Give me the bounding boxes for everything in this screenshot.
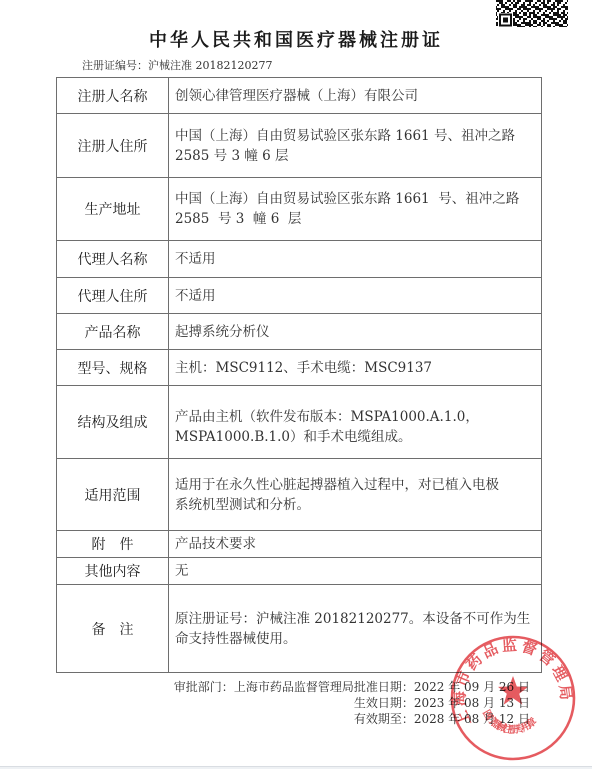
row-value: 起搏系统分析仪 (169, 314, 542, 350)
table-row-structure: 结构及组成 产品由主机（软件发布版本：MSPA1000.A.1.0， MSPA1… (57, 386, 542, 459)
row-value: 产品由主机（软件发布版本：MSPA1000.A.1.0， MSPA1000.B.… (169, 386, 542, 459)
row-label: 备 注 (57, 585, 169, 673)
approval-date-label: 批准日期： (354, 680, 414, 694)
value-line: 起搏系统分析仪 (175, 322, 541, 342)
row-label: 其他内容 (57, 558, 169, 585)
value-line: 系统机型测试和分析。 (175, 495, 541, 515)
value-line: 主机：MSC9112、手术电缆：MSC9137 (175, 358, 541, 378)
star-icon (498, 676, 528, 705)
table-row-agent-address: 代理人住所 不适用 (57, 278, 542, 314)
certificate-number: 沪械注准 20182120277 (148, 59, 272, 72)
table-row-product-name: 产品名称 起搏系统分析仪 (57, 314, 542, 350)
row-value: 不适用 (169, 241, 542, 278)
value-line: 中国（上海）自由贸易试验区张东路 1661 号、祖冲之路 (175, 189, 541, 209)
value-line: 产品由主机（软件发布版本：MSPA1000.A.1.0， (175, 407, 541, 427)
document-title: 中华人民共和国医疗器械注册证 (0, 30, 592, 52)
certificate-number-label: 注册证编号： (82, 59, 148, 72)
row-value: 无 (169, 558, 542, 585)
certificate-number-line: 注册证编号：沪械注准 20182120277 (82, 59, 272, 73)
row-label: 代理人住所 (57, 278, 169, 314)
value-line: 中国（上海）自由贸易试验区张东路 1661 号、祖冲之路 (175, 126, 541, 146)
qr-code-icon (495, 0, 569, 28)
registration-table: 注册人名称 创领心律管理医疗器械（上海）有限公司 注册人住所 中国（上海）自由贸… (56, 77, 542, 673)
row-label: 型号、规格 (57, 350, 169, 386)
table-row-attachment: 附 件 产品技术要求 (57, 531, 542, 558)
row-label: 结构及组成 (57, 386, 169, 459)
row-label: 生产地址 (57, 178, 169, 241)
row-value: 创领心律管理医疗器械（上海）有限公司 (169, 78, 542, 114)
table-row-scope: 适用范围 适用于在永久性心脏起搏器植入过程中，对已植入电极 系统机型测试和分析。 (57, 459, 542, 531)
table-row-model-spec: 型号、规格 主机：MSC9112、手术电缆：MSC9137 (57, 350, 542, 386)
value-line: 创领心律管理医疗器械（上海）有限公司 (175, 86, 541, 106)
row-label: 附 件 (57, 531, 169, 558)
row-label: 产品名称 (57, 314, 169, 350)
seal-inner-text: 医疗器械注册专用章 (480, 707, 539, 736)
row-value: 中国（上海）自由贸易试验区张东路 1661 号、祖冲之路 2585 号 3 幢 … (169, 178, 542, 241)
row-value: 不适用 (169, 278, 542, 314)
value-line: 不适用 (175, 286, 541, 306)
table-row-registrant-name: 注册人名称 创领心律管理医疗器械（上海）有限公司 (57, 78, 542, 114)
approval-dept: 上海市药品监督管理局 (234, 680, 354, 694)
table-row-agent-name: 代理人名称 不适用 (57, 241, 542, 278)
table-row-other-content: 其他内容 无 (57, 558, 542, 585)
row-value: 适用于在永久性心脏起搏器植入过程中，对已植入电极 系统机型测试和分析。 (169, 459, 542, 531)
value-line: MSPA1000.B.1.0）和手术电缆组成。 (175, 427, 541, 447)
table-row-production-address: 生产地址 中国（上海）自由贸易试验区张东路 1661 号、祖冲之路 2585 号… (57, 178, 542, 241)
row-value: 主机：MSC9112、手术电缆：MSC9137 (169, 350, 542, 386)
table-row-registrant-address: 注册人住所 中国（上海）自由贸易试验区张东路 1661 号、祖冲之路 2585 … (57, 114, 542, 178)
value-line: 适用于在永久性心脏起搏器植入过程中，对已植入电极 (175, 475, 541, 495)
row-label: 代理人名称 (57, 241, 169, 278)
approval-dept-label: 审批部门： (174, 680, 234, 694)
value-line: 不适用 (175, 249, 541, 269)
value-line: 2585 号 3 幢 6 层 (175, 146, 541, 166)
row-label: 注册人住所 (57, 114, 169, 178)
row-label: 适用范围 (57, 459, 169, 531)
value-line: 无 (175, 561, 541, 581)
effective-date-label: 生效日期： (354, 696, 414, 710)
row-value: 产品技术要求 (169, 531, 542, 558)
expiry-date-label: 有效期至： (354, 712, 414, 726)
official-seal-stamp: 上海市药品监督管理局 医疗器械注册专用章 (449, 634, 577, 762)
row-label: 注册人名称 (57, 78, 169, 114)
value-line: 2585 号 3 幢 6 层 (175, 209, 541, 229)
value-line: 产品技术要求 (175, 534, 541, 554)
value-line: 原注册证号：沪械注准 20182120277。本设备不可作为生 (175, 609, 541, 629)
row-value: 中国（上海）自由贸易试验区张东路 1661 号、祖冲之路 2585 号 3 幢 … (169, 114, 542, 178)
